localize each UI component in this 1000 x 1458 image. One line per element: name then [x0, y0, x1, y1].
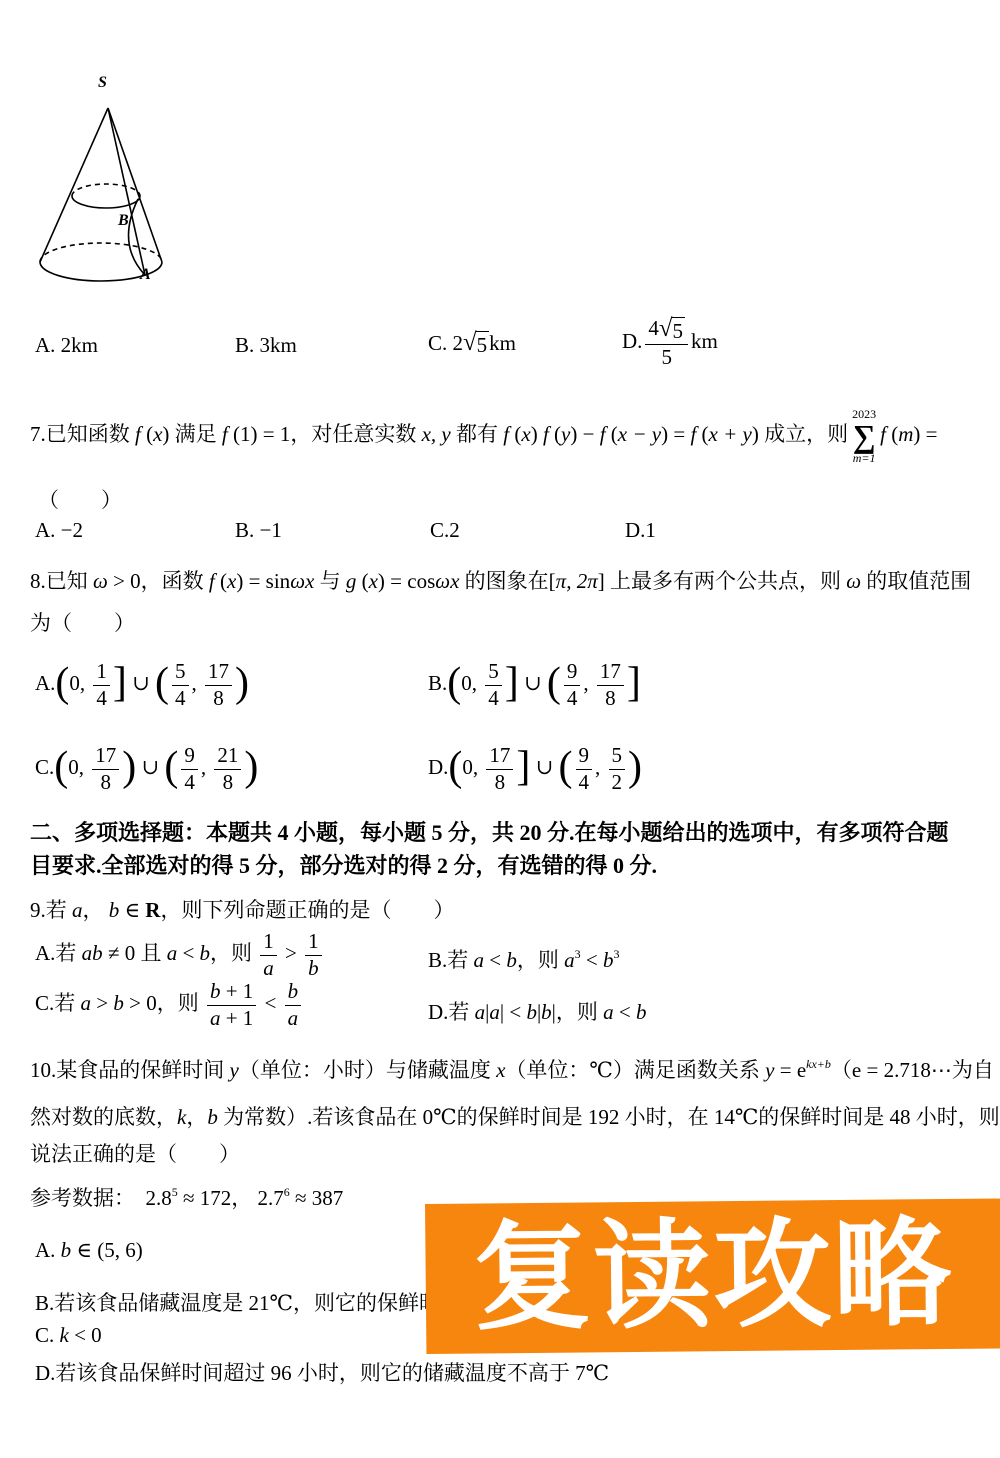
q10-stem-line3: 说法正确的是（ ）	[30, 1138, 240, 1168]
q7-option-b: B. −1	[235, 518, 282, 543]
q6-option-c: C. 2√5km	[428, 331, 516, 357]
figure-label-a: A	[140, 266, 151, 284]
option-label: A.	[35, 518, 55, 542]
option-content: b ∈ (5, 6)	[55, 1238, 142, 1262]
option-content: (0, 178) ∪ (94, 218)	[54, 755, 258, 779]
option-content: 若 a > b > 0，则 b + 1a + 1 < ba	[54, 991, 304, 1015]
option-content: −2	[55, 518, 83, 542]
option-content: 2√5km	[447, 331, 516, 355]
q10-option-c: C. k < 0	[35, 1323, 102, 1348]
cone-figure: S B A	[28, 72, 198, 302]
option-label: B.	[235, 333, 254, 357]
option-content: 若 a < b，则 a3 < b3	[447, 948, 619, 972]
option-content: k < 0	[54, 1323, 101, 1347]
q10-reference-data: 参考数据： 2.85 ≈ 172， 2.76 ≈ 387	[30, 1182, 343, 1212]
option-label: A.	[35, 671, 55, 695]
option-content: 2km	[55, 333, 98, 357]
option-label: A.	[35, 941, 55, 965]
q6-option-d: D.4√55km	[622, 317, 718, 370]
option-label: D.	[625, 518, 645, 542]
q6-option-b: B. 3km	[235, 333, 297, 358]
option-label: C.	[430, 518, 449, 542]
option-label: C.	[35, 991, 54, 1015]
q7-answer-paren: （ ）	[38, 484, 122, 514]
option-content: (0, 54] ∪ (94, 178]	[447, 671, 641, 695]
cone-drawing	[28, 72, 198, 302]
option-content: (0, 178] ∪ (94, 52)	[448, 755, 642, 779]
figure-label-b: B	[118, 212, 129, 230]
option-content: (0, 14] ∪ (54, 178)	[55, 671, 249, 695]
q8-option-b: B.(0, 54] ∪ (94, 178]	[428, 660, 641, 710]
q7-option-c: C.2	[430, 518, 460, 543]
q9-option-a: A.若 ab ≠ 0 且 a < b，则 1a > 1b	[35, 930, 325, 980]
option-label: B.	[428, 948, 447, 972]
q8-stem-line2: 为（ ）	[30, 607, 135, 637]
figure-label-s: S	[98, 74, 107, 92]
option-content: 若该食品保鲜时间超过 96 小时，则它的储藏温度不高于 7℃	[55, 1361, 609, 1385]
q8-option-d: D.(0, 178] ∪ (94, 52)	[428, 744, 642, 794]
q9-option-c: C.若 a > b > 0，则 b + 1a + 1 < ba	[35, 980, 304, 1030]
option-label: B.	[428, 671, 447, 695]
option-label: D.	[428, 1000, 448, 1024]
option-label: C.	[35, 1323, 54, 1347]
option-content: 若 a|a| < b|b|，则 a < b	[448, 1000, 646, 1024]
option-content: 若 ab ≠ 0 且 a < b，则 1a > 1b	[55, 941, 324, 965]
option-content: −1	[254, 518, 282, 542]
option-content: 4√55km	[642, 329, 717, 353]
watermark-text: 复读攻略	[473, 1215, 954, 1338]
q8-stem-line1: 8.已知 ω > 0，函数 f (x) = sinωx 与 g (x) = co…	[30, 565, 971, 595]
q7-option-d: D.1	[625, 518, 656, 543]
q8-option-c: C.(0, 178) ∪ (94, 218)	[35, 744, 258, 794]
q10-option-a: A. b ∈ (5, 6)	[35, 1238, 143, 1263]
q8-option-a: A.(0, 14] ∪ (54, 178)	[35, 660, 249, 710]
option-label: A.	[35, 333, 55, 357]
q9-option-d: D.若 a|a| < b|b|，则 a < b	[428, 996, 646, 1026]
q10-stem-line2: 然对数的底数，k，b 为常数）.若该食品在 0℃的保鲜时间是 192 小时，在 …	[30, 1101, 1000, 1131]
section-2-heading-line1: 二、多项选择题：本题共 4 小题，每小题 5 分，共 20 分.在每小题给出的选…	[30, 816, 949, 847]
option-content: 1	[645, 518, 656, 542]
option-content: 2	[449, 518, 460, 542]
q10-option-b: B.若该食品储藏温度是 21℃，则它的保鲜时间	[35, 1287, 461, 1317]
option-label: D.	[428, 755, 448, 779]
q7-stem: 7.已知函数 f (x) 满足 f (1) = 1，对任意实数 x, y 都有 …	[30, 408, 937, 465]
q10-option-d: D.若该食品保鲜时间超过 96 小时，则它的储藏温度不高于 7℃	[35, 1357, 609, 1387]
q7-option-a: A. −2	[35, 518, 83, 543]
watermark-banner: 复读攻略	[425, 1198, 1000, 1354]
option-content: 3km	[254, 333, 297, 357]
q6-option-a: A. 2km	[35, 333, 98, 358]
option-label: B.	[35, 1291, 54, 1315]
option-label: C.	[35, 755, 54, 779]
q9-stem: 9.若 a， b ∈ R，则下列命题正确的是（ ）	[30, 894, 454, 924]
option-label: D.	[622, 329, 642, 353]
option-label: C.	[428, 331, 447, 355]
exam-page: S B A A. 2km B. 3km C. 2√5km D.4√55km 7.…	[0, 0, 1000, 1458]
option-label: D.	[35, 1361, 55, 1385]
option-content: 若该食品储藏温度是 21℃，则它的保鲜时间	[54, 1291, 461, 1315]
option-label: A.	[35, 1238, 55, 1262]
q9-option-b: B.若 a < b，则 a3 < b3	[428, 944, 619, 974]
section-2-heading-line2: 目要求.全部选对的得 5 分，部分选对的得 2 分，有选错的得 0 分.	[30, 849, 657, 880]
option-label: B.	[235, 518, 254, 542]
q10-stem-line1: 10.某食品的保鲜时间 y（单位：小时）与储藏温度 x（单位：℃）满足函数关系 …	[30, 1054, 994, 1084]
